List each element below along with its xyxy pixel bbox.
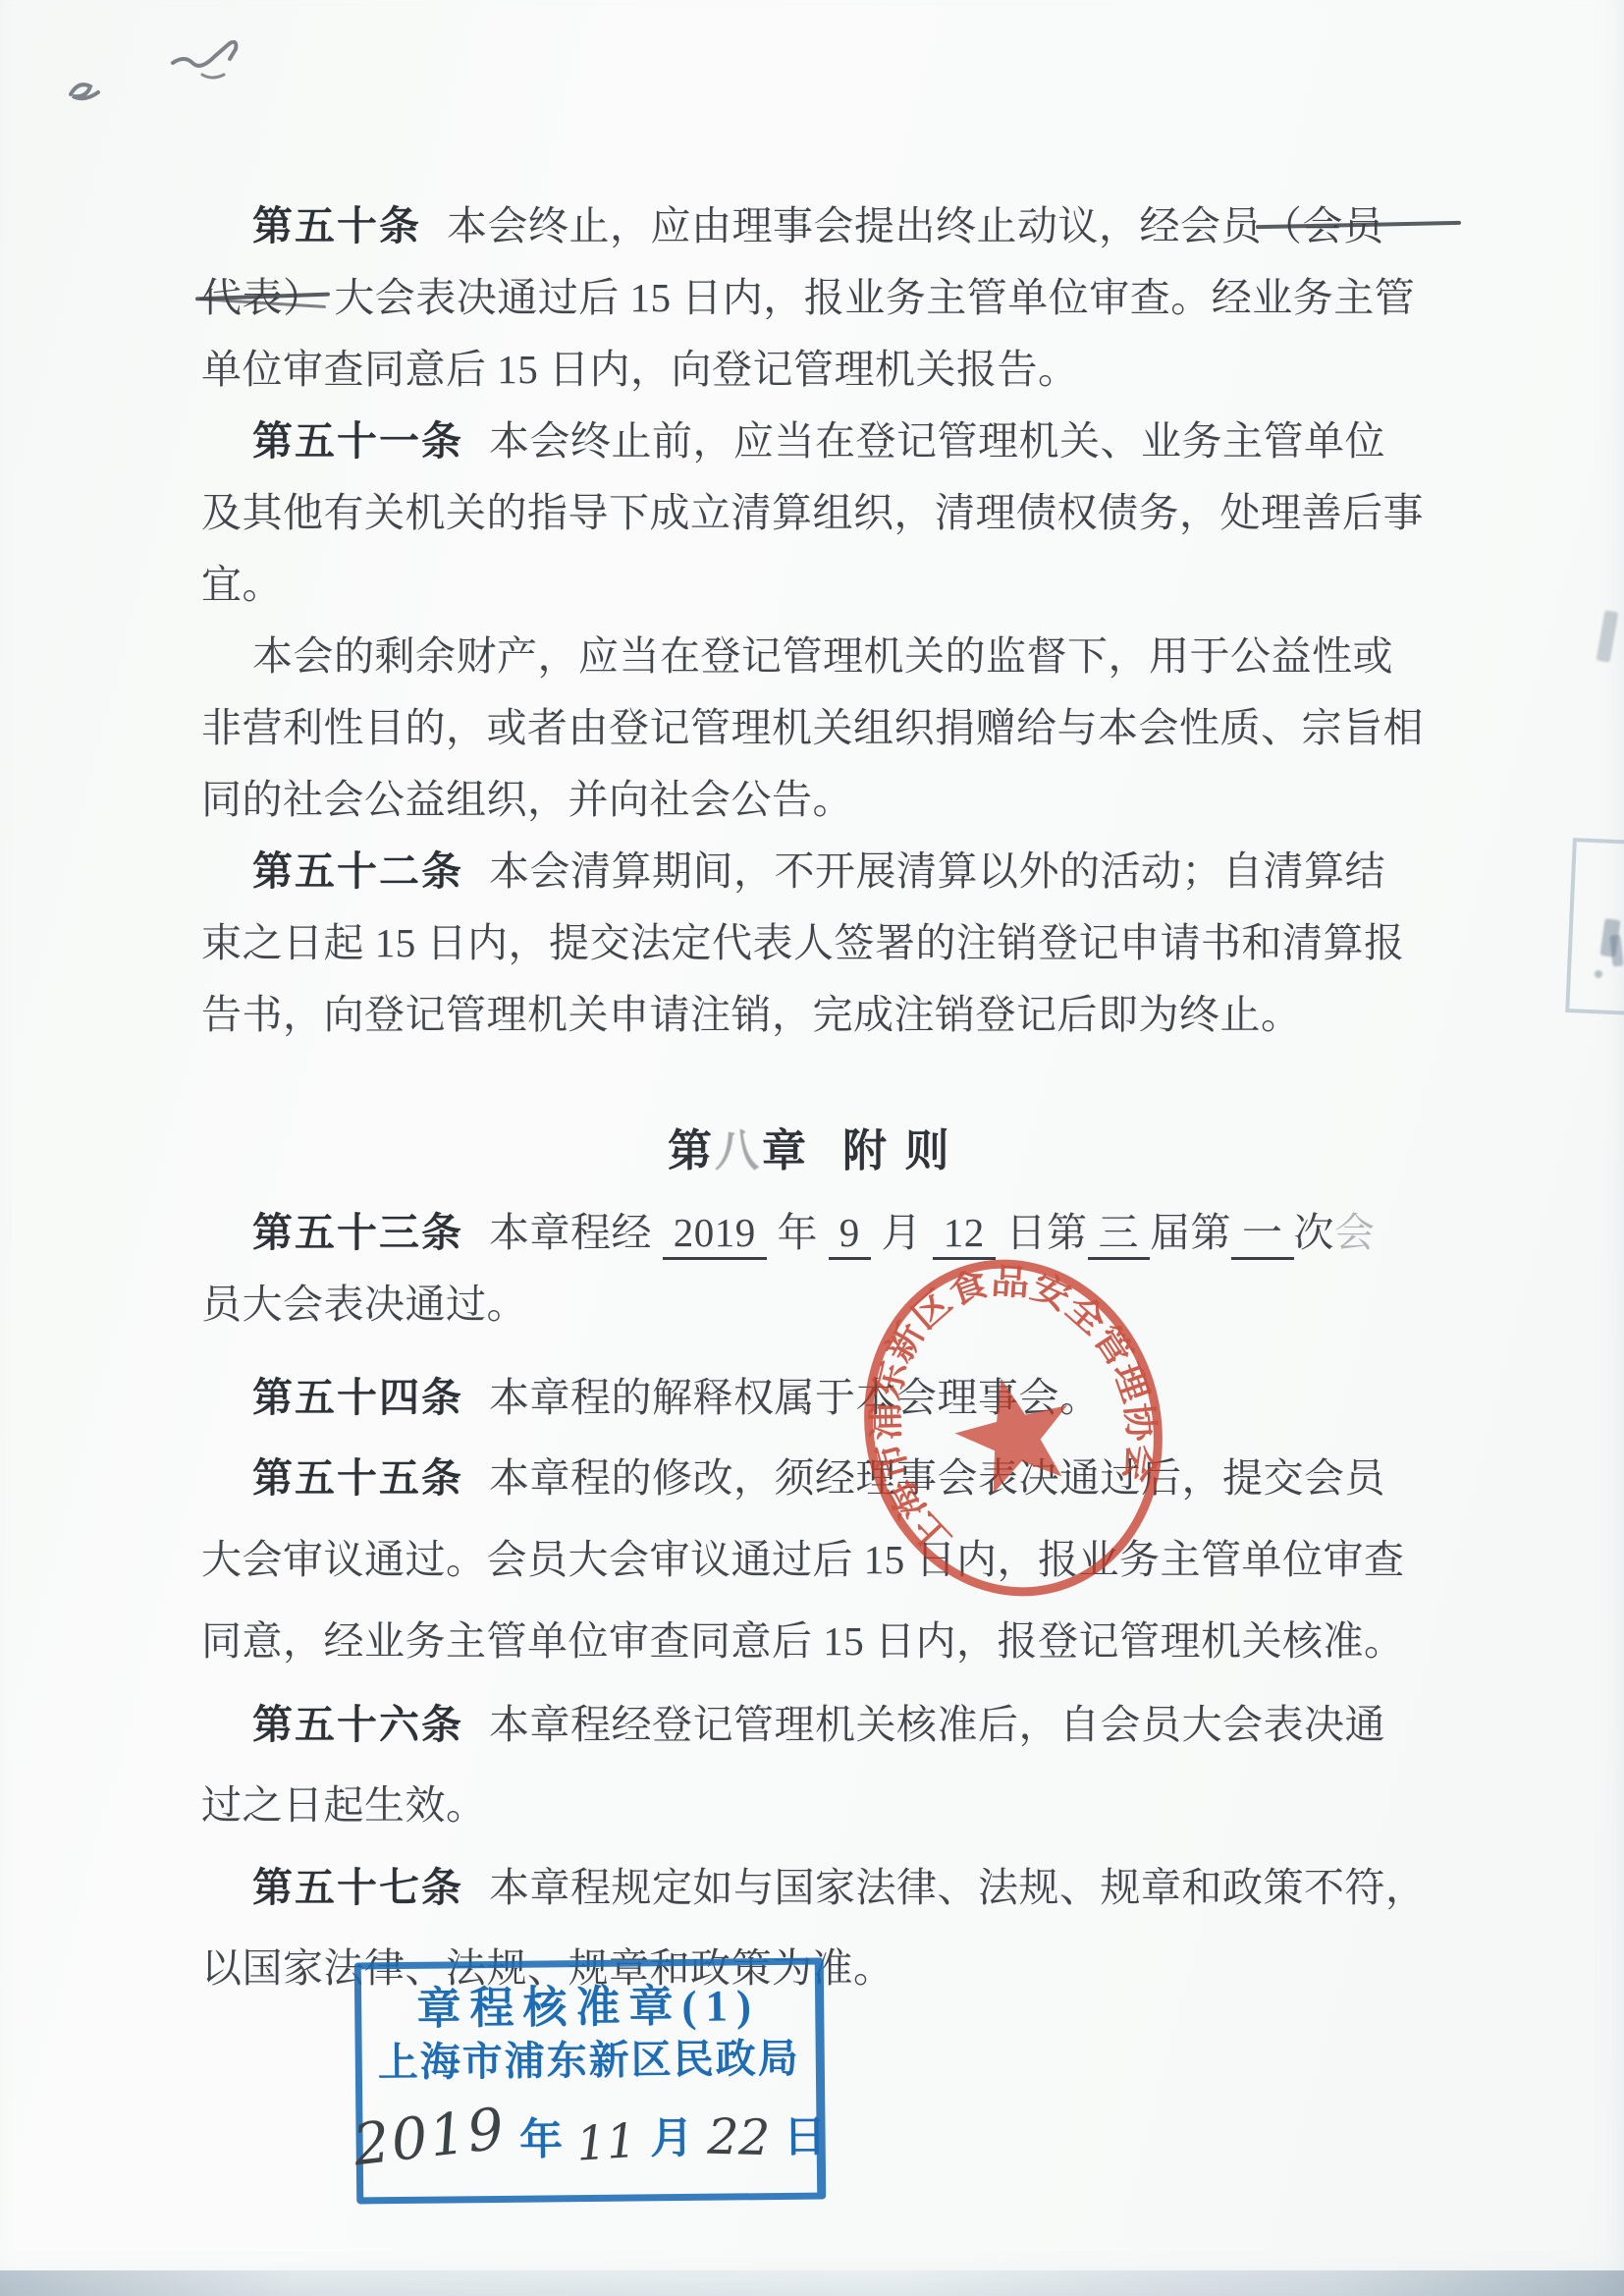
scan-edge-shadow [0, 2270, 1624, 2296]
text-segment: 本章程的修改，须经理事会表决通过后，提交会员 [489, 1455, 1385, 1501]
text-segment: 宜。 [201, 562, 283, 607]
month-label: 月 [650, 2103, 694, 2165]
text-line: 同的社会公益组织，并向社会公告。 [201, 774, 853, 825]
text-line: 第五十一条本会终止前，应当在登记管理机关、业务主管单位 [252, 415, 1385, 466]
article-number: 第五十七条 [252, 1865, 463, 1910]
scanned-document-page: 第五十条本会终止，应由理事会提出终止动议，经会员（会员代表） 大会表决通过后 1… [0, 0, 1624, 2296]
text-segment: 八 [715, 1125, 762, 1175]
text-segment: 三 [1088, 1210, 1151, 1260]
text-segment: 本章程的解释权属于本会理事会。 [489, 1375, 1101, 1420]
text-line: 单位审查同意后 15 日内，向登记管理机关报告。 [201, 344, 1079, 395]
day-label: 日 [783, 2101, 827, 2163]
text-segment: 及其他有关机关的指导下成立清算组织，清理债权债务，处理善后事 [201, 490, 1424, 535]
text-segment: 过之日起生效。 [201, 1782, 487, 1828]
year-label: 年 [519, 2104, 564, 2166]
text-segment: 年 [767, 1210, 829, 1255]
text-line: 第五十条本会终止，应由理事会提出终止动议，经会员（会员 [252, 200, 1384, 251]
text-segment: 单位审查同意后 15 日内，向登记管理机关报告。 [201, 347, 1079, 392]
text-segment: 届第 [1150, 1210, 1231, 1255]
text-line: 告书，向登记管理机关申请注销，完成注销登记后即为终止。 [201, 989, 1302, 1040]
approval-stamp-date: 2019 年 11 月 22 日 [362, 2091, 817, 2180]
text-line: 非营利性目的，或者由登记管理机关组织捐赠给与本会性质、宗旨相 [201, 702, 1424, 753]
text-segment: 第 [668, 1125, 715, 1175]
text-segment: 一 [1231, 1210, 1294, 1260]
text-line: 员大会表决通过。 [201, 1279, 527, 1330]
text-line: 第五十六条本章程经登记管理机关核准后，自会员大会表决通 [252, 1699, 1385, 1750]
article-number: 第五十三条 [252, 1210, 463, 1255]
text-segment: （会员 [1262, 200, 1384, 251]
text-segment: 本会清算期间，不开展清算以外的活动；自清算结 [489, 848, 1385, 894]
text-segment: 束之日起 15 日内，提交法定代表人签署的注销登记申请书和清算报 [201, 920, 1405, 965]
text-segment: 非营利性目的，或者由登记管理机关组织捐赠给与本会性质、宗旨相 [201, 705, 1424, 750]
article-number: 第五十条 [252, 203, 421, 248]
text-line: 第五十四条本章程的解释权属于本会理事会。 [252, 1372, 1101, 1423]
text-line: 大会审议通过。会员大会审议通过后 15 日内，报业务主管单位审查 [201, 1534, 1405, 1585]
text-segment: 附 则 [842, 1125, 952, 1175]
handwritten-year: 2019 [350, 2095, 509, 2178]
text-line: 第五十五条本章程的修改，须经理事会表决通过后，提交会员 [252, 1452, 1385, 1503]
article-number: 第五十四条 [252, 1375, 463, 1420]
text-segment: 员大会表决通过。 [201, 1282, 527, 1327]
article-number: 第五十五条 [252, 1455, 463, 1501]
text-line: 第五十七条本章程规定如与国家法律、法规、规章和政策不符， [252, 1862, 1427, 1913]
text-segment: 大会表决通过后 15 日内，报业务主管单位审查。经业务主管 [324, 275, 1416, 320]
text-segment: 告书，向登记管理机关申请注销，完成注销登记后即为终止。 [201, 992, 1302, 1037]
chapter-heading: 第八章附 则 [668, 1125, 952, 1176]
text-segment: 本章程经 [489, 1210, 663, 1255]
text-line: 代表） 大会表决通过后 15 日内，报业务主管单位审查。经业务主管 [201, 272, 1415, 323]
text-line: 及其他有关机关的指导下成立清算组织，清理债权债务，处理善后事 [201, 487, 1424, 538]
text-segment: 同意，经业务主管单位审查同意后 15 日内，报登记管理机关核准。 [201, 1618, 1405, 1664]
article-number: 第五十六条 [252, 1702, 463, 1747]
text-segment: 2019 [663, 1210, 767, 1260]
text-segment: 本会终止，应由理事会提出终止动议，经会员 [447, 203, 1262, 248]
article-number: 第五十二条 [252, 848, 463, 894]
ink-smudge [1597, 610, 1619, 663]
text-segment: 12 [933, 1210, 996, 1260]
charter-approval-stamp: 章程核准章(1) 上海市浦东新区民政局 2019 年 11 月 22 日 [354, 1958, 827, 2205]
ink-dot [1595, 970, 1602, 978]
text-segment: 9 [829, 1210, 871, 1260]
text-segment: 本章程规定如与国家法律、法规、规章和政策不符， [489, 1865, 1427, 1910]
text-line: 束之日起 15 日内，提交法定代表人签署的注销登记申请书和清算报 [201, 917, 1405, 968]
text-segment: 大会审议通过。会员大会审议通过后 15 日内，报业务主管单位审查 [201, 1537, 1405, 1582]
text-segment: 本会的剩余财产，应当在登记管理机关的监督下，用于公益性或 [252, 633, 1393, 679]
text-segment: 次 [1294, 1210, 1335, 1255]
text-line: 同意，经业务主管单位审查同意后 15 日内，报登记管理机关核准。 [201, 1615, 1405, 1667]
approval-stamp-agency: 上海市浦东新区民政局 [361, 2026, 816, 2089]
text-line: 第五十二条本会清算期间，不开展清算以外的活动；自清算结 [252, 846, 1385, 897]
article-53-line: 第五十三条本章程经 2019 年 9 月 12 日第三届第一次会 [252, 1207, 1376, 1258]
text-line: 宜。 [201, 559, 283, 610]
text-segment: 日第 [996, 1210, 1088, 1255]
text-segment: 章 [762, 1125, 809, 1175]
text-segment: 同的社会公益组织，并向社会公告。 [201, 777, 853, 822]
pen-scribble-marks [57, 18, 273, 116]
handwritten-day: 22 [706, 2108, 770, 2167]
text-segment: 月 [871, 1210, 933, 1255]
article-number: 第五十一条 [252, 418, 463, 464]
text-segment: 会 [1334, 1210, 1376, 1255]
handwritten-month: 11 [575, 2113, 638, 2172]
text-segment: 代表） [201, 272, 324, 323]
text-segment: 本会终止前，应当在登记管理机关、业务主管单位 [489, 418, 1385, 464]
text-line: 本会的剩余财产，应当在登记管理机关的监督下，用于公益性或 [252, 630, 1393, 682]
text-segment: 本章程经登记管理机关核准后，自会员大会表决通 [489, 1702, 1385, 1747]
text-line: 过之日起生效。 [201, 1779, 487, 1831]
